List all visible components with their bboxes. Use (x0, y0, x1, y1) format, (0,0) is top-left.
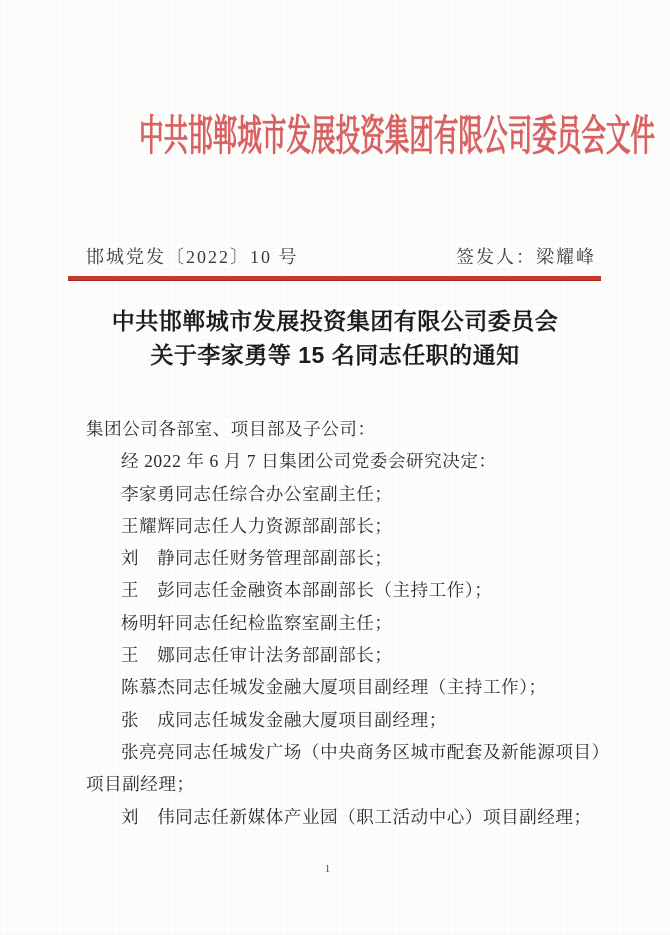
body-line: 经 2022 年 6 月 7 日集团公司党委会研究决定： (86, 445, 614, 477)
document-title-line-2: 关于李家勇等 15 名同志任职的通知 (0, 338, 670, 372)
document-page: 中共邯郸城市发展投资集团有限公司委员会文件 邯城党发〔2022〕10 号 签发人… (0, 0, 670, 935)
document-header-banner: 中共邯郸城市发展投资集团有限公司委员会文件 (139, 112, 531, 162)
body-line: 张亮亮同志任城发广场（中央商务区城市配套及新能源项目） (86, 736, 614, 768)
body-line: 刘 静同志任财务管理部副部长； (86, 542, 614, 574)
body-line: 王 娜同志任审计法务部副部长； (86, 639, 614, 671)
body-line: 李家勇同志任综合办公室副主任； (86, 478, 614, 510)
document-body: 集团公司各部室、项目部及子公司：经 2022 年 6 月 7 日集团公司党委会研… (86, 413, 614, 833)
body-line: 项目副经理； (86, 768, 614, 800)
body-line: 集团公司各部室、项目部及子公司： (86, 413, 614, 445)
body-line: 刘 伟同志任新媒体产业园（职工活动中心）项目副经理； (86, 801, 614, 833)
body-line: 张 成同志任城发金融大厦项目副经理； (86, 704, 614, 736)
body-line: 王耀辉同志任人力资源部副部长； (86, 510, 614, 542)
page-number: 1 (0, 863, 656, 875)
body-line: 王 彭同志任金融资本部副部长（主持工作）； (86, 574, 614, 606)
document-title: 中共邯郸城市发展投资集团有限公司委员会 关于李家勇等 15 名同志任职的通知 (0, 304, 670, 372)
doc-number: 邯城党发〔2022〕10 号 (86, 243, 299, 269)
doc-number-row: 邯城党发〔2022〕10 号 签发人：梁耀峰 (86, 243, 596, 269)
issuer-signature: 签发人：梁耀峰 (456, 243, 596, 269)
body-line: 陈慕杰同志任城发金融大厦项目副经理（主持工作）； (86, 671, 614, 703)
red-separator-line (68, 276, 601, 281)
document-title-line-1: 中共邯郸城市发展投资集团有限公司委员会 (0, 304, 670, 338)
body-line: 杨明轩同志任纪检监察室副主任； (86, 607, 614, 639)
